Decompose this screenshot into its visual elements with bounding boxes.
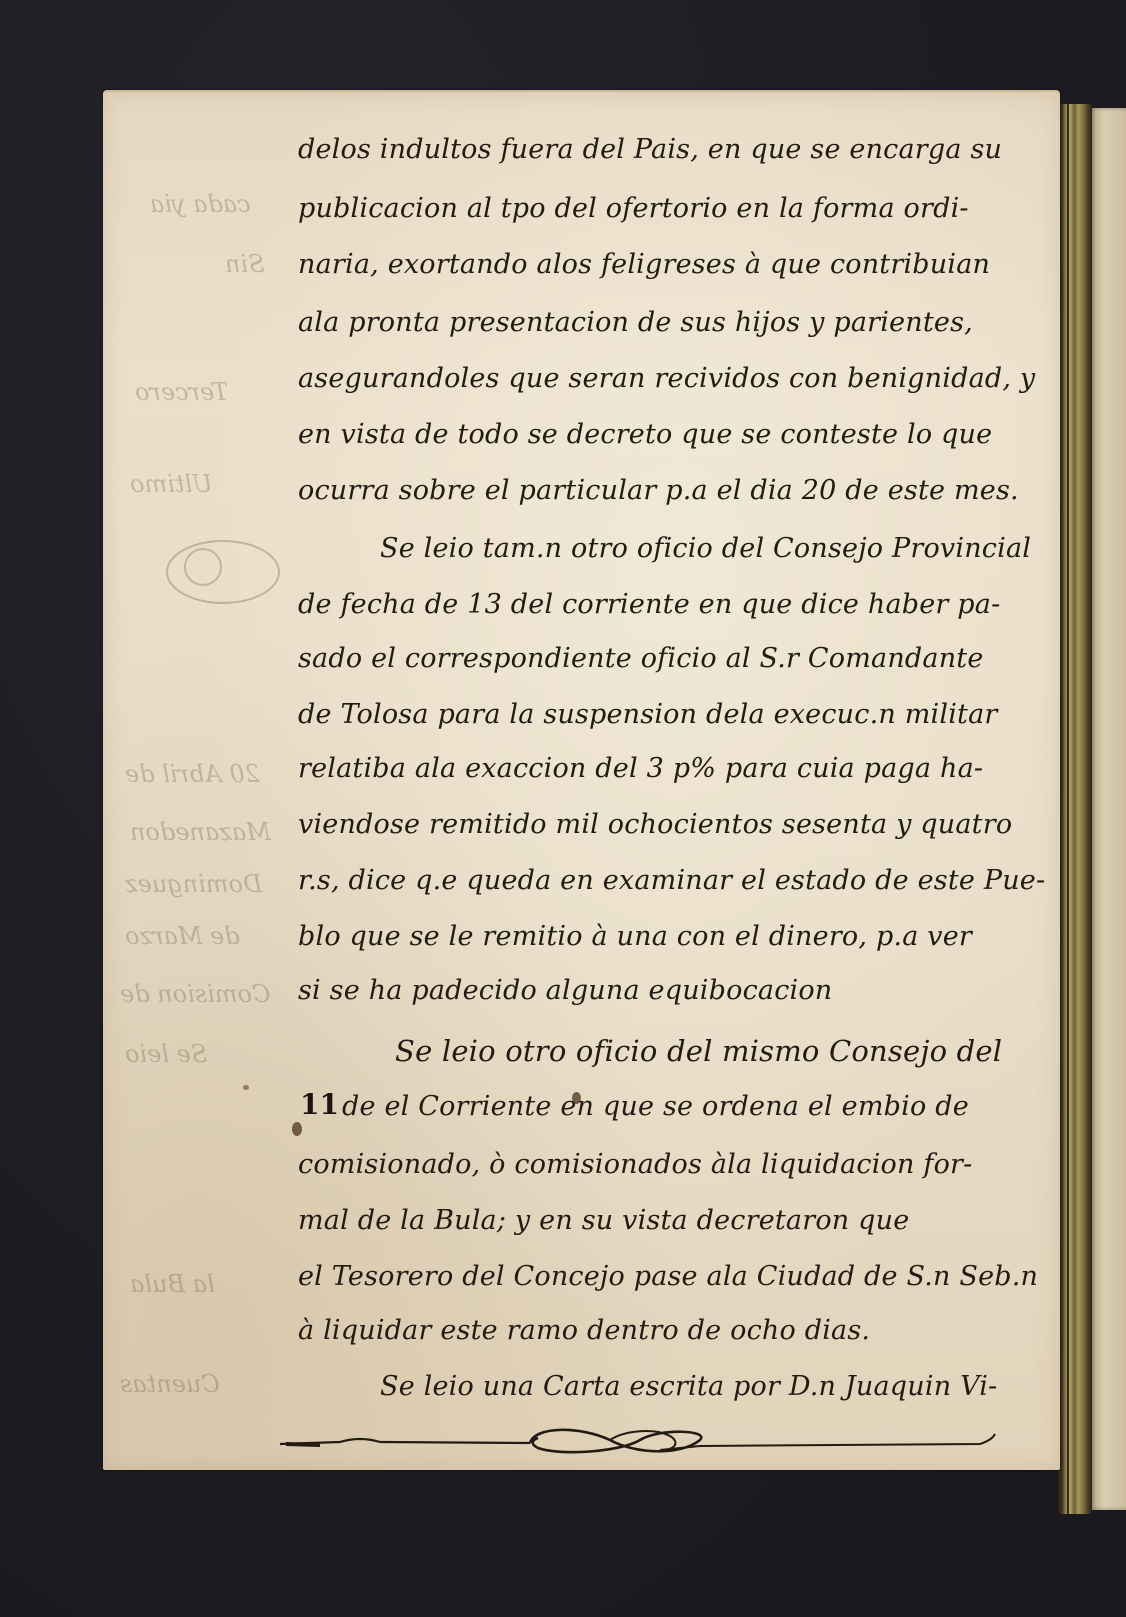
text-line-12: relatiba ala exaccion del 3 p% para cuia… [298, 752, 1043, 786]
text-line-23: Se leio una Carta escrita por D.n Juaqui… [380, 1370, 1045, 1404]
text-line-19: comisionado, ò comisionados àla liquidac… [298, 1148, 1043, 1182]
text-line-9: de fecha de 13 del corriente en que dice… [298, 588, 1043, 622]
marginal-number: 11 [300, 1088, 339, 1121]
text-line-7: ocurra sobre el particular p.a el dia 20… [298, 474, 1043, 508]
text-line-22: à liquidar este ramo dentro de ocho dias… [298, 1314, 1043, 1348]
text-line-4: ala pronta presentacion de sus hijos y p… [298, 306, 1043, 340]
text-line-8: Se leio tam.n otro oficio del Consejo Pr… [380, 532, 1045, 566]
text-line-15: blo que se le remitio à una con el diner… [298, 920, 1043, 954]
text-line-20: mal de la Bula; y en su vista decretaron… [298, 1204, 1043, 1238]
text-line-21: el Tesorero del Concejo pase ala Ciudad … [298, 1260, 1043, 1294]
manuscript-text: delos indultos fuera del Pais, en que se… [0, 0, 1126, 1617]
text-line-3: naria, exortando alos feligreses à que c… [298, 248, 1043, 282]
pen-flourish-icon [280, 1422, 1000, 1462]
text-line-17: Se leio otro oficio del mismo Consejo de… [395, 1034, 1045, 1068]
text-line-6: en vista de todo se decreto que se conte… [298, 418, 1043, 452]
text-line-1: delos indultos fuera del Pais, en que se… [298, 133, 1043, 167]
text-line-5: asegurandoles que seran recividos con be… [298, 362, 1043, 396]
text-line-16: si se ha padecido alguna equibocacion [298, 974, 1043, 1008]
text-line-10: sado el correspondiente oficio al S.r Co… [298, 642, 1043, 676]
text-line-13: viendose remitido mil ochocientos sesent… [298, 808, 1043, 842]
text-line-14: r.s, dice q.e queda en examinar el estad… [298, 864, 1043, 898]
text-line-2: publicacion al tpo del ofertorio en la f… [298, 192, 1043, 226]
text-line-11: de Tolosa para la suspension dela execuc… [298, 698, 1043, 732]
text-line-18: de el Corriente en que se ordena el embi… [342, 1090, 1042, 1124]
